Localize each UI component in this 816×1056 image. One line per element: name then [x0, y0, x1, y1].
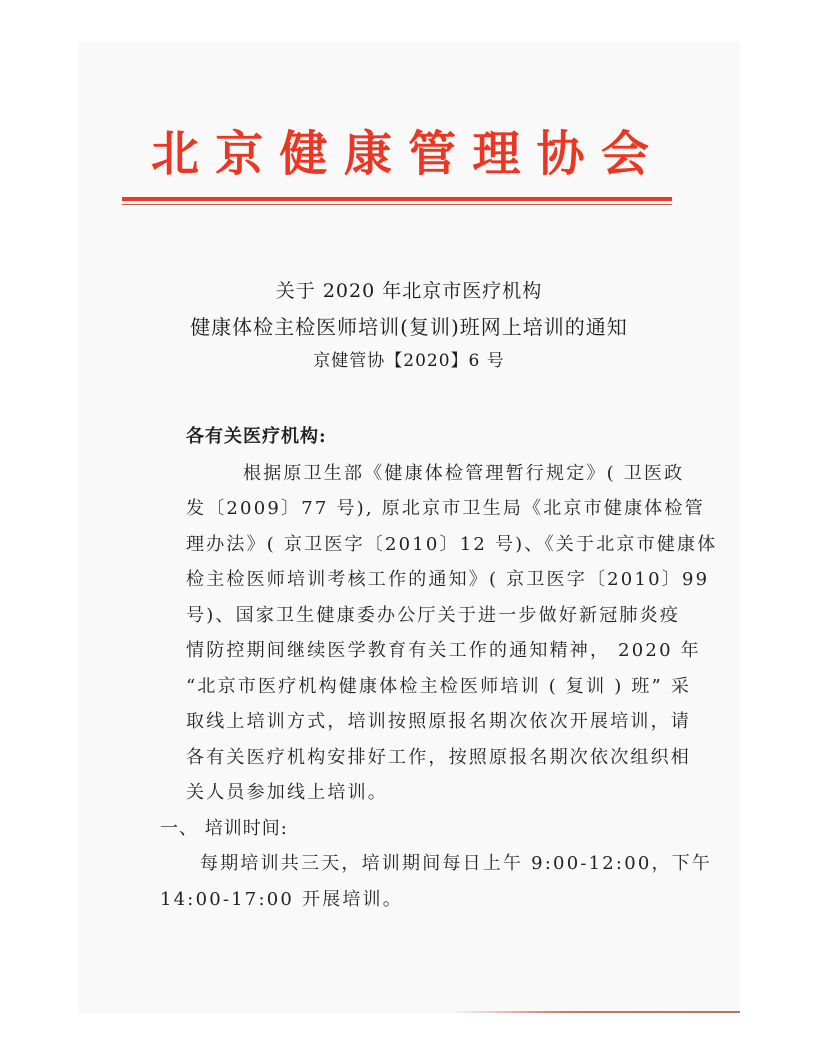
notice-title-line1: 关于 2020 年北京市医疗机构	[78, 276, 740, 303]
letterhead-char: 京	[214, 124, 264, 184]
body-line: 情防控期间继续医学教育有关工作的通知精神， 2020 年	[186, 636, 701, 662]
letterhead-organization: 北 京 健 康 管 理 协 会	[150, 124, 650, 184]
letterhead-rule-thick	[122, 197, 672, 201]
body-line: 检主检医师培训考核工作的通知》( 京卫医字〔2010〕99	[186, 565, 709, 591]
body-line: “北京市医疗机构健康体检主检医师培训 ( 复训 ) 班” 采	[186, 672, 691, 698]
notice-title-line2: 健康体检主检医师培训(复训)班网上培训的通知	[78, 311, 740, 340]
letterhead-char: 康	[343, 124, 393, 184]
body-line: 14:00-17:00 开展培训。	[160, 885, 403, 911]
body-line: 各有关医疗机构安排好工作，按照原报名期次依次组织相	[186, 743, 691, 769]
letterhead-char: 理	[471, 124, 521, 184]
letterhead-char: 管	[407, 124, 457, 184]
letterhead-char: 健	[279, 124, 329, 184]
section-heading-training-time: 一、 培训时间:	[160, 814, 288, 840]
body-line: 发〔2009〕77 号), 原北京市卫生局《北京市健康体检管	[186, 494, 705, 520]
body-line: 根据原卫生部《健康体检管理暂行规定》( 卫医政	[243, 459, 684, 485]
body-line: 理办法》( 京卫医字〔2010〕12 号)、《关于北京市健康体	[186, 530, 717, 556]
letterhead-rule-thin	[122, 204, 672, 205]
letterhead-char: 会	[600, 124, 650, 184]
body-line: 取线上培训方式，培训按照原报名期次依次开展培训，请	[186, 707, 691, 733]
body-line: 号)、国家卫生健康委办公厅关于进一步做好新冠肺炎疫	[186, 601, 680, 627]
letterhead-char: 协	[536, 124, 586, 184]
page-edge-shadow	[450, 1011, 740, 1013]
letterhead-char: 北	[150, 124, 200, 184]
body-line: 每期培训共三天，培训期间每日上午 9:00-12:00，下午	[200, 849, 712, 875]
document-number: 京健管协【2020】6 号	[78, 346, 740, 371]
body-line: 关人员参加线上培训。	[186, 778, 388, 804]
salutation: 各有关医疗机构:	[186, 422, 327, 448]
